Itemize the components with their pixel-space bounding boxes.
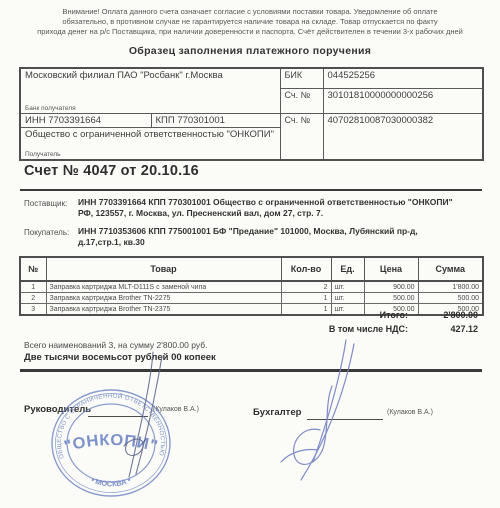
col-header-price: Цена	[364, 257, 418, 281]
item-name: Заправка картриджа Brother TN-2275	[46, 293, 281, 304]
corr-account-label: Сч. №	[280, 88, 323, 113]
items-table: № Товар Кол-во Ед. Цена Сумма 1 Заправка…	[19, 256, 484, 316]
item-name: Заправка картриджа MLT-D111S с заменой ч…	[46, 281, 281, 293]
account-value: 40702810087030000382	[323, 113, 483, 160]
table-row: 1 Заправка картриджа MLT-D111S с заменой…	[20, 281, 483, 293]
vat-row: В том числе НДС: 427.12	[190, 324, 478, 334]
item-sum: 1'800.00	[418, 281, 483, 293]
supplier-row: Поставщик: ИНН 7703391664 КПП 770301001 …	[24, 197, 474, 220]
divider-bottom	[20, 369, 482, 372]
divider-top	[20, 189, 482, 191]
account-label: Сч. №	[280, 113, 323, 160]
amount-in-words: Две тысячи восемьсот рублей 00 копеек	[24, 352, 216, 363]
item-unit: шт.	[331, 293, 364, 304]
payee-name: Общество с ограниченной ответственностью…	[25, 129, 276, 140]
totals-block: Итого: 2'800.00 В том числе НДС: 427.12	[190, 310, 478, 338]
accountant-label: Бухгалтер	[253, 407, 301, 418]
bank-details-table: Московский филиал ПАО "Росбанк" г.Москва…	[19, 67, 484, 161]
invoice-number-title: Счет № 4047 от 20.10.16	[24, 163, 199, 179]
item-price: 900.00	[364, 281, 418, 293]
warning-line-1: Внимание! Оплата данного счета означает …	[8, 7, 492, 17]
supplier-label: Поставщик:	[24, 197, 78, 220]
accountant-signature-line	[307, 419, 383, 420]
item-price: 500.00	[364, 293, 418, 304]
payee-label: Получатель	[25, 151, 61, 158]
stamp-center-text: "ОНКОПИ"	[62, 432, 159, 456]
bank-name-cell: Московский филиал ПАО "Росбанк" г.Москва…	[20, 68, 280, 113]
col-header-product: Товар	[46, 257, 281, 281]
warning-line-3: прихода денег на р/с Поставщика, при нал…	[8, 27, 492, 37]
payee-cell: Общество с ограниченной ответственностью…	[20, 127, 280, 160]
accountant-name: (Кулаков В.А.)	[387, 409, 433, 416]
item-qty: 1	[281, 293, 331, 304]
payment-warning: Внимание! Оплата данного счета означает …	[8, 7, 492, 37]
svg-text:"ОНКОПИ": "ОНКОПИ"	[62, 432, 159, 456]
table-row: 2 Заправка картриджа Brother TN-2275 1 ш…	[20, 293, 483, 304]
total-label: Итого:	[380, 310, 408, 320]
bik-value: 044525256	[323, 68, 483, 88]
col-header-num: №	[20, 257, 46, 281]
col-header-sum: Сумма	[418, 257, 483, 281]
stamp-city-text: • МОСКВА •	[90, 475, 133, 488]
bank-name: Московский филиал ПАО "Росбанк" г.Москва	[25, 70, 276, 81]
buyer-row: Покупатель: ИНН 7710353606 КПП 775001001…	[24, 226, 474, 249]
items-summary: Всего наименований 3, на сумму 2'800.00 …	[24, 340, 207, 350]
invoice-document: Внимание! Оплата данного счета означает …	[0, 0, 500, 508]
item-sum: 500.00	[418, 293, 483, 304]
item-num: 3	[20, 304, 46, 316]
col-header-qty: Кол-во	[281, 257, 331, 281]
bik-label: БИК	[280, 68, 323, 88]
inn-cell: ИНН 7703391664	[20, 113, 151, 127]
items-header-row: № Товар Кол-во Ед. Цена Сумма	[20, 257, 483, 281]
buyer-value: ИНН 7710353606 КПП 775001001 БФ "Предани…	[78, 226, 460, 249]
corr-account-value: 30101810000000000256	[323, 88, 483, 113]
item-qty: 2	[281, 281, 331, 293]
total-row: Итого: 2'800.00	[190, 310, 478, 320]
svg-text:• МОСКВА •: • МОСКВА •	[90, 475, 133, 488]
supplier-value: ИНН 7703391664 КПП 770301001 Общество с …	[78, 197, 460, 220]
vat-label: В том числе НДС:	[329, 324, 408, 334]
warning-line-2: обязательно, в противном случае не гаран…	[8, 17, 492, 27]
sample-title: Образец заполнения платежного поручения	[0, 45, 500, 57]
item-unit: шт.	[331, 281, 364, 293]
company-stamp-icon: ОБЩЕСТВО С ОГРАНИЧЕННОЙ ОТВЕТСТВЕННОСТЬЮ…	[50, 387, 172, 499]
item-num: 2	[20, 293, 46, 304]
item-num: 1	[20, 281, 46, 293]
vat-value: 427.12	[408, 324, 478, 334]
bank-label: Банк получателя	[25, 105, 76, 112]
kpp-cell: КПП 770301001	[151, 113, 280, 127]
buyer-label: Покупатель:	[24, 226, 78, 249]
col-header-unit: Ед.	[331, 257, 364, 281]
total-value: 2'800.00	[408, 310, 478, 320]
